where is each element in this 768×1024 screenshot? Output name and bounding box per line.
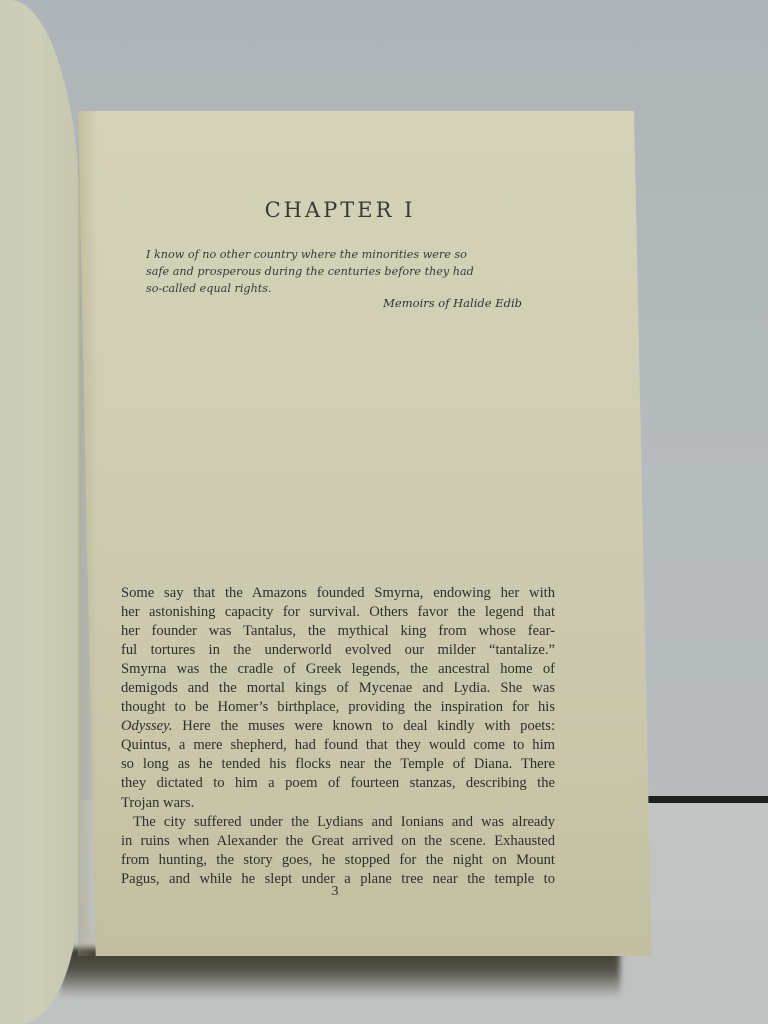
page-number: 3	[320, 884, 350, 900]
epigraph-line: safe and prosperous during the centuries…	[146, 264, 524, 281]
text-line: thought to be Homer’s birthplace, provid…	[121, 698, 555, 717]
text-line: Trojan wars.	[121, 794, 555, 813]
epigraph-line: so-called equal rights.	[146, 281, 524, 298]
text-fragment: Here the muses were known to deal kindly…	[182, 718, 555, 734]
page-content: CHAPTER I I know of no other country whe…	[0, 0, 768, 1024]
epigraph-attribution: Memoirs of Halide Edib	[300, 296, 522, 310]
epigraph: I know of no other country where the min…	[146, 247, 524, 297]
text-line: they dictated to him a poem of fourteen …	[121, 774, 555, 793]
text-line: her astonishing capacity for survival. O…	[121, 603, 555, 622]
body-text: Some say that the Amazons founded Smyrna…	[121, 584, 555, 889]
text-line: so long as he tended his flocks near the…	[121, 755, 555, 774]
text-line: The city suffered under the Lydians and …	[121, 813, 555, 832]
epigraph-line: I know of no other country where the min…	[146, 247, 524, 264]
text-line: in ruins when Alexander the Great arrive…	[121, 832, 555, 851]
text-line: demigods and the mortal kings of Mycenae…	[121, 679, 555, 698]
text-line: Smyrna was the cradle of Greek legends, …	[121, 660, 555, 679]
text-line: Some say that the Amazons founded Smyrna…	[121, 584, 555, 603]
text-line: her founder was Tantalus, the mythical k…	[121, 622, 555, 641]
text-line: Quintus, a mere shepherd, had found that…	[121, 736, 555, 755]
italic-title: Odyssey.	[121, 718, 172, 734]
text-line: from hunting, the story goes, he stopped…	[121, 851, 555, 870]
text-line: Odyssey. Here the muses were known to de…	[121, 717, 555, 736]
chapter-title: CHAPTER I	[180, 198, 500, 222]
text-line: ful tortures in the underworld evolved o…	[121, 641, 555, 660]
